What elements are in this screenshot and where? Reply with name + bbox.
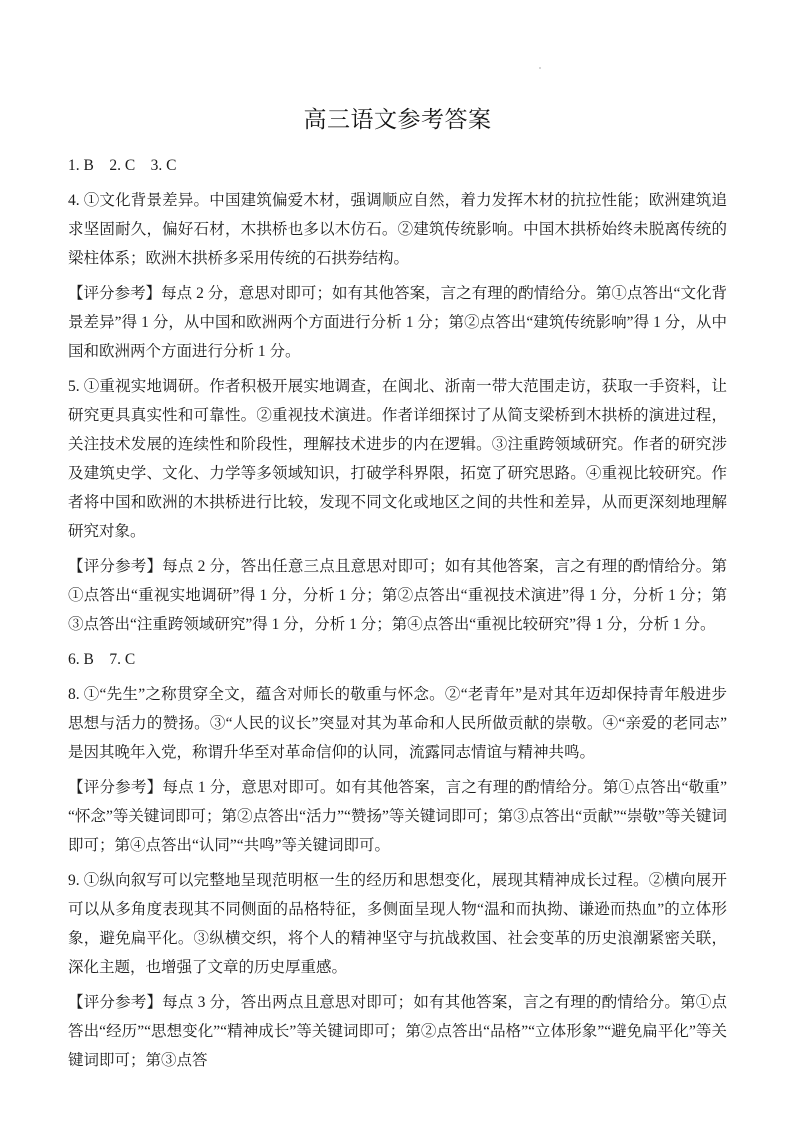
page-title: 高三语文参考答案 xyxy=(68,101,727,134)
scoring-note-q8: 【评分参考】每点 1 分，意思对即可。如有其他答案，言之有理的酌情给分。第①点答… xyxy=(68,773,727,860)
answers-line-q6-q7: 6. B 7. C xyxy=(68,645,727,674)
document-body: 1. B 2. C 3. C 4. ①文化背景差异。中国建筑偏爱木材，强调顺应自… xyxy=(68,151,727,1075)
scoring-note-q4: 【评分参考】每点 2 分，意思对即可；如有其他答案，言之有理的酌情给分。第①点答… xyxy=(68,279,727,366)
answer-paragraph-q9: 9. ①纵向叙写可以完整地呈现范明枢一生的经历和思想变化，展现其精神成长过程。②… xyxy=(68,866,727,982)
scan-artifact-dot xyxy=(133,1027,136,1029)
scoring-note-q5: 【评分参考】每点 2 分，答出任意三点且意思对即可；如有其他答案，言之有理的酌情… xyxy=(68,552,727,639)
document-page: 高三语文参考答案 1. B 2. C 3. C 4. ①文化背景差异。中国建筑偏… xyxy=(0,0,793,1122)
answer-paragraph-q4: 4. ①文化背景差异。中国建筑偏爱木材，强调顺应自然，着力发挥木材的抗拉性能；欧… xyxy=(68,186,727,273)
answer-paragraph-q8: 8. ①“先生”之称贯穿全文，蕴含对师长的敬重与怀念。②“老青年”是对其年迈却保… xyxy=(68,680,727,767)
answers-line-q1-q3: 1. B 2. C 3. C xyxy=(68,151,727,180)
scan-artifact-dot xyxy=(539,67,541,69)
answer-paragraph-q5: 5. ①重视实地调研。作者积极开展实地调查，在闽北、浙南一带大范围走访，获取一手… xyxy=(68,372,727,546)
scoring-note-q9: 【评分参考】每点 3 分，答出两点且意思对即可；如有其他答案，言之有理的酌情给分… xyxy=(68,988,727,1075)
